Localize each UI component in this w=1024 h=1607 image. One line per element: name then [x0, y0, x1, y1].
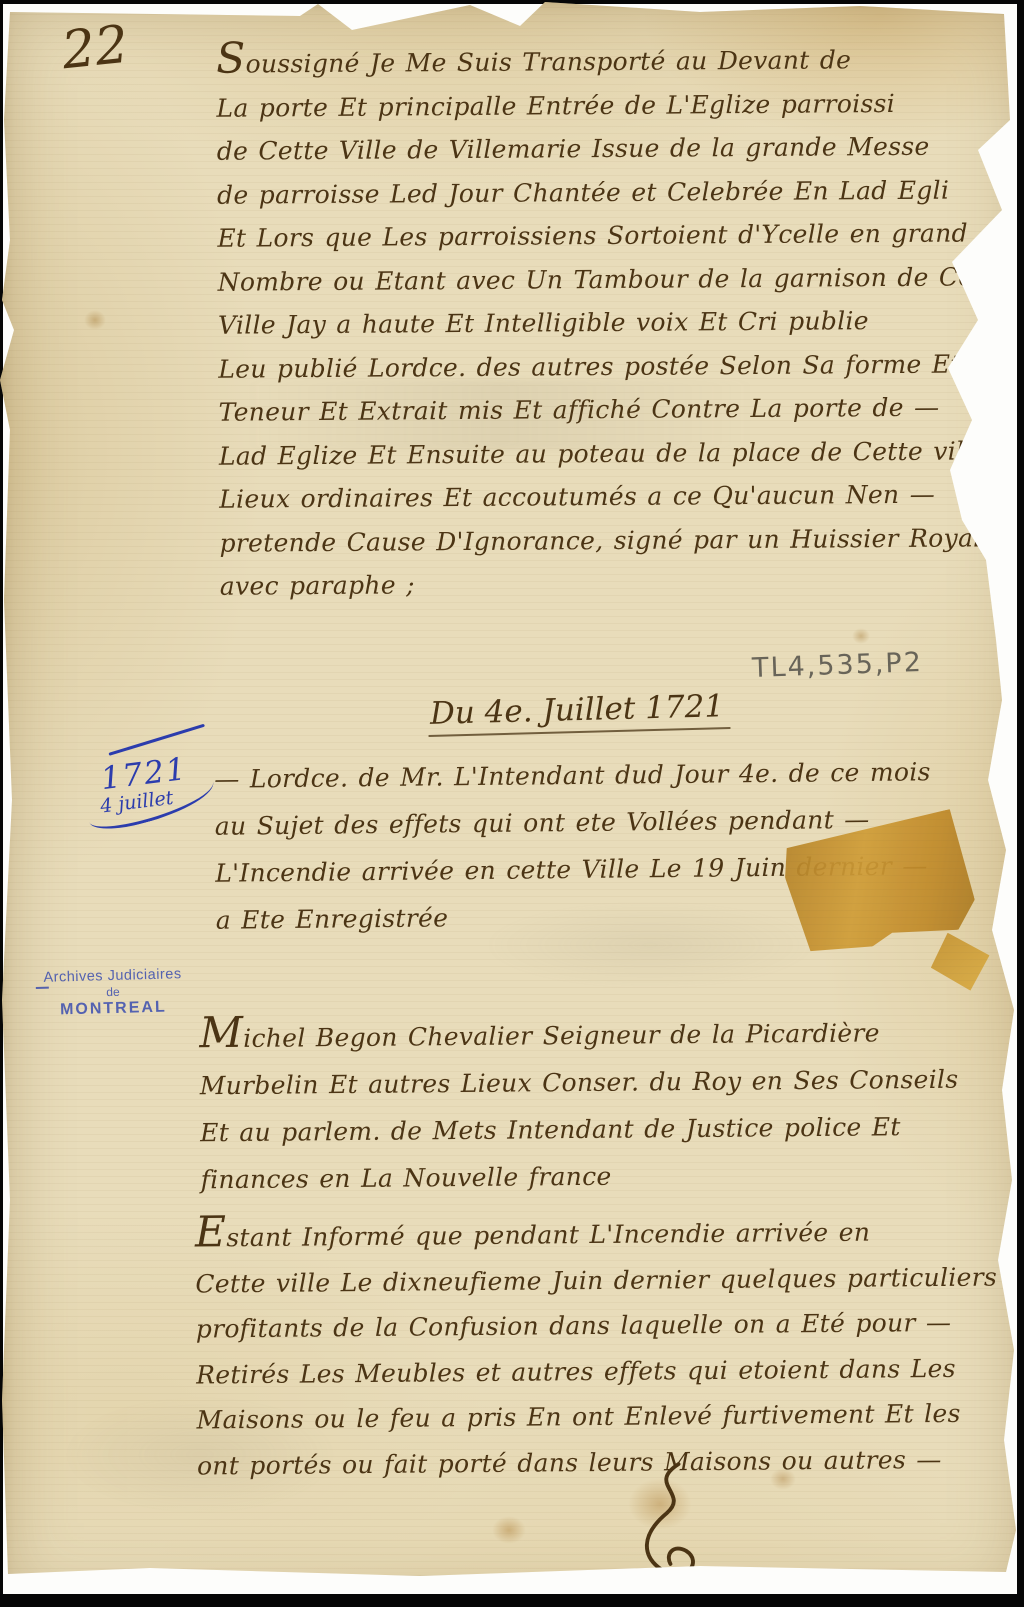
- manuscript-line: de parroisse Led Jour Chantée et Celebré…: [217, 168, 994, 217]
- manuscript-line: Et au parlem. de Mets Intendant de Justi…: [200, 1103, 959, 1157]
- manuscript-line: Cette ville Le dixneufieme Juin dernier …: [195, 1254, 997, 1306]
- manuscript-line: Leu publié Lordce. des autres postée Sel…: [218, 342, 995, 391]
- manuscript-line: Maisons ou le feu a pris En ont Enlevé f…: [196, 1391, 998, 1443]
- manuscript-line: Et Lors que Les parroissiens Sortoient d…: [217, 211, 994, 260]
- foxing-stain: [84, 310, 106, 330]
- manuscript-line: ont portés ou fait porté dans leurs Mais…: [197, 1436, 999, 1488]
- foxing-stain: [852, 628, 870, 644]
- manuscript-line: Michel Begon Chevalier Seigneur de la Pi…: [199, 1009, 958, 1063]
- archive-stamp: Archives Judiciaires de MONTREAL: [27, 966, 198, 1020]
- manuscript-line: de Cette Ville de Villemarie Issue de la…: [217, 124, 994, 173]
- annotation-stroke: [108, 724, 205, 756]
- manuscript-line: profitants de la Confusion dans laquelle…: [196, 1300, 998, 1352]
- paragraph-intendant-titre: Michel Begon Chevalier Seigneur de la Pi…: [199, 1009, 959, 1204]
- stamp-underline: [36, 987, 49, 989]
- manuscript-line: Ville Jay a haute Et Intelligible voix E…: [218, 298, 995, 347]
- page-number: 22: [59, 15, 131, 82]
- date-heading: Du 4e. Juillet 1721: [428, 688, 731, 737]
- paragraph-incendie: Estant Informé que pendant L'Incendie ar…: [195, 1209, 999, 1489]
- manuscript-line: pretende Cause D'Ignorance, signé par un…: [219, 516, 996, 565]
- manuscript-line: — Lordce. de Mr. L'Intendant dud Jour 4e…: [214, 748, 931, 803]
- manuscript-line: Nombre ou Etant avec Un Tambour de la ga…: [218, 255, 995, 304]
- manuscript-line: Estant Informé que pendant L'Incendie ar…: [195, 1209, 997, 1261]
- manuscript-line: La porte Et principalle Entrée de L'Egli…: [216, 81, 993, 130]
- repair-tape-fragment: [928, 931, 992, 993]
- blue-date-annotation: 1721 4 juillet: [99, 751, 192, 817]
- paragraph-proces-verbal: Soussigné Je Me Suis Transporté au Devan…: [216, 37, 996, 608]
- manuscript-line: Murbelin Et autres Lieux Conser. du Roy …: [200, 1056, 959, 1110]
- manuscript-line: Teneur Et Extrait mis Et affiché Contre …: [218, 385, 995, 434]
- archival-reference-pencil: TL4,535,P2: [752, 647, 924, 684]
- manuscript-line: Retirés Les Meubles et autres effets qui…: [196, 1345, 998, 1397]
- manuscript-line: finances en La Nouvelle france: [200, 1150, 959, 1204]
- manuscript-page: 22 Soussigné Je Me Suis Transporté au De…: [0, 0, 1024, 1607]
- manuscript-line: Soussigné Je Me Suis Transporté au Devan…: [216, 37, 993, 86]
- manuscript-line: avec paraphe ;: [220, 559, 997, 608]
- stamp-line: MONTREAL: [28, 998, 198, 1020]
- manuscript-line: Lad Eglize Et Ensuite au poteau de la pl…: [219, 429, 996, 478]
- manuscript-line: Lieux ordinaires Et accoutumés a ce Qu'a…: [219, 472, 996, 521]
- foxing-stain: [492, 1516, 526, 1544]
- scanned-manuscript-photo: 22 Soussigné Je Me Suis Transporté au De…: [0, 0, 1024, 1607]
